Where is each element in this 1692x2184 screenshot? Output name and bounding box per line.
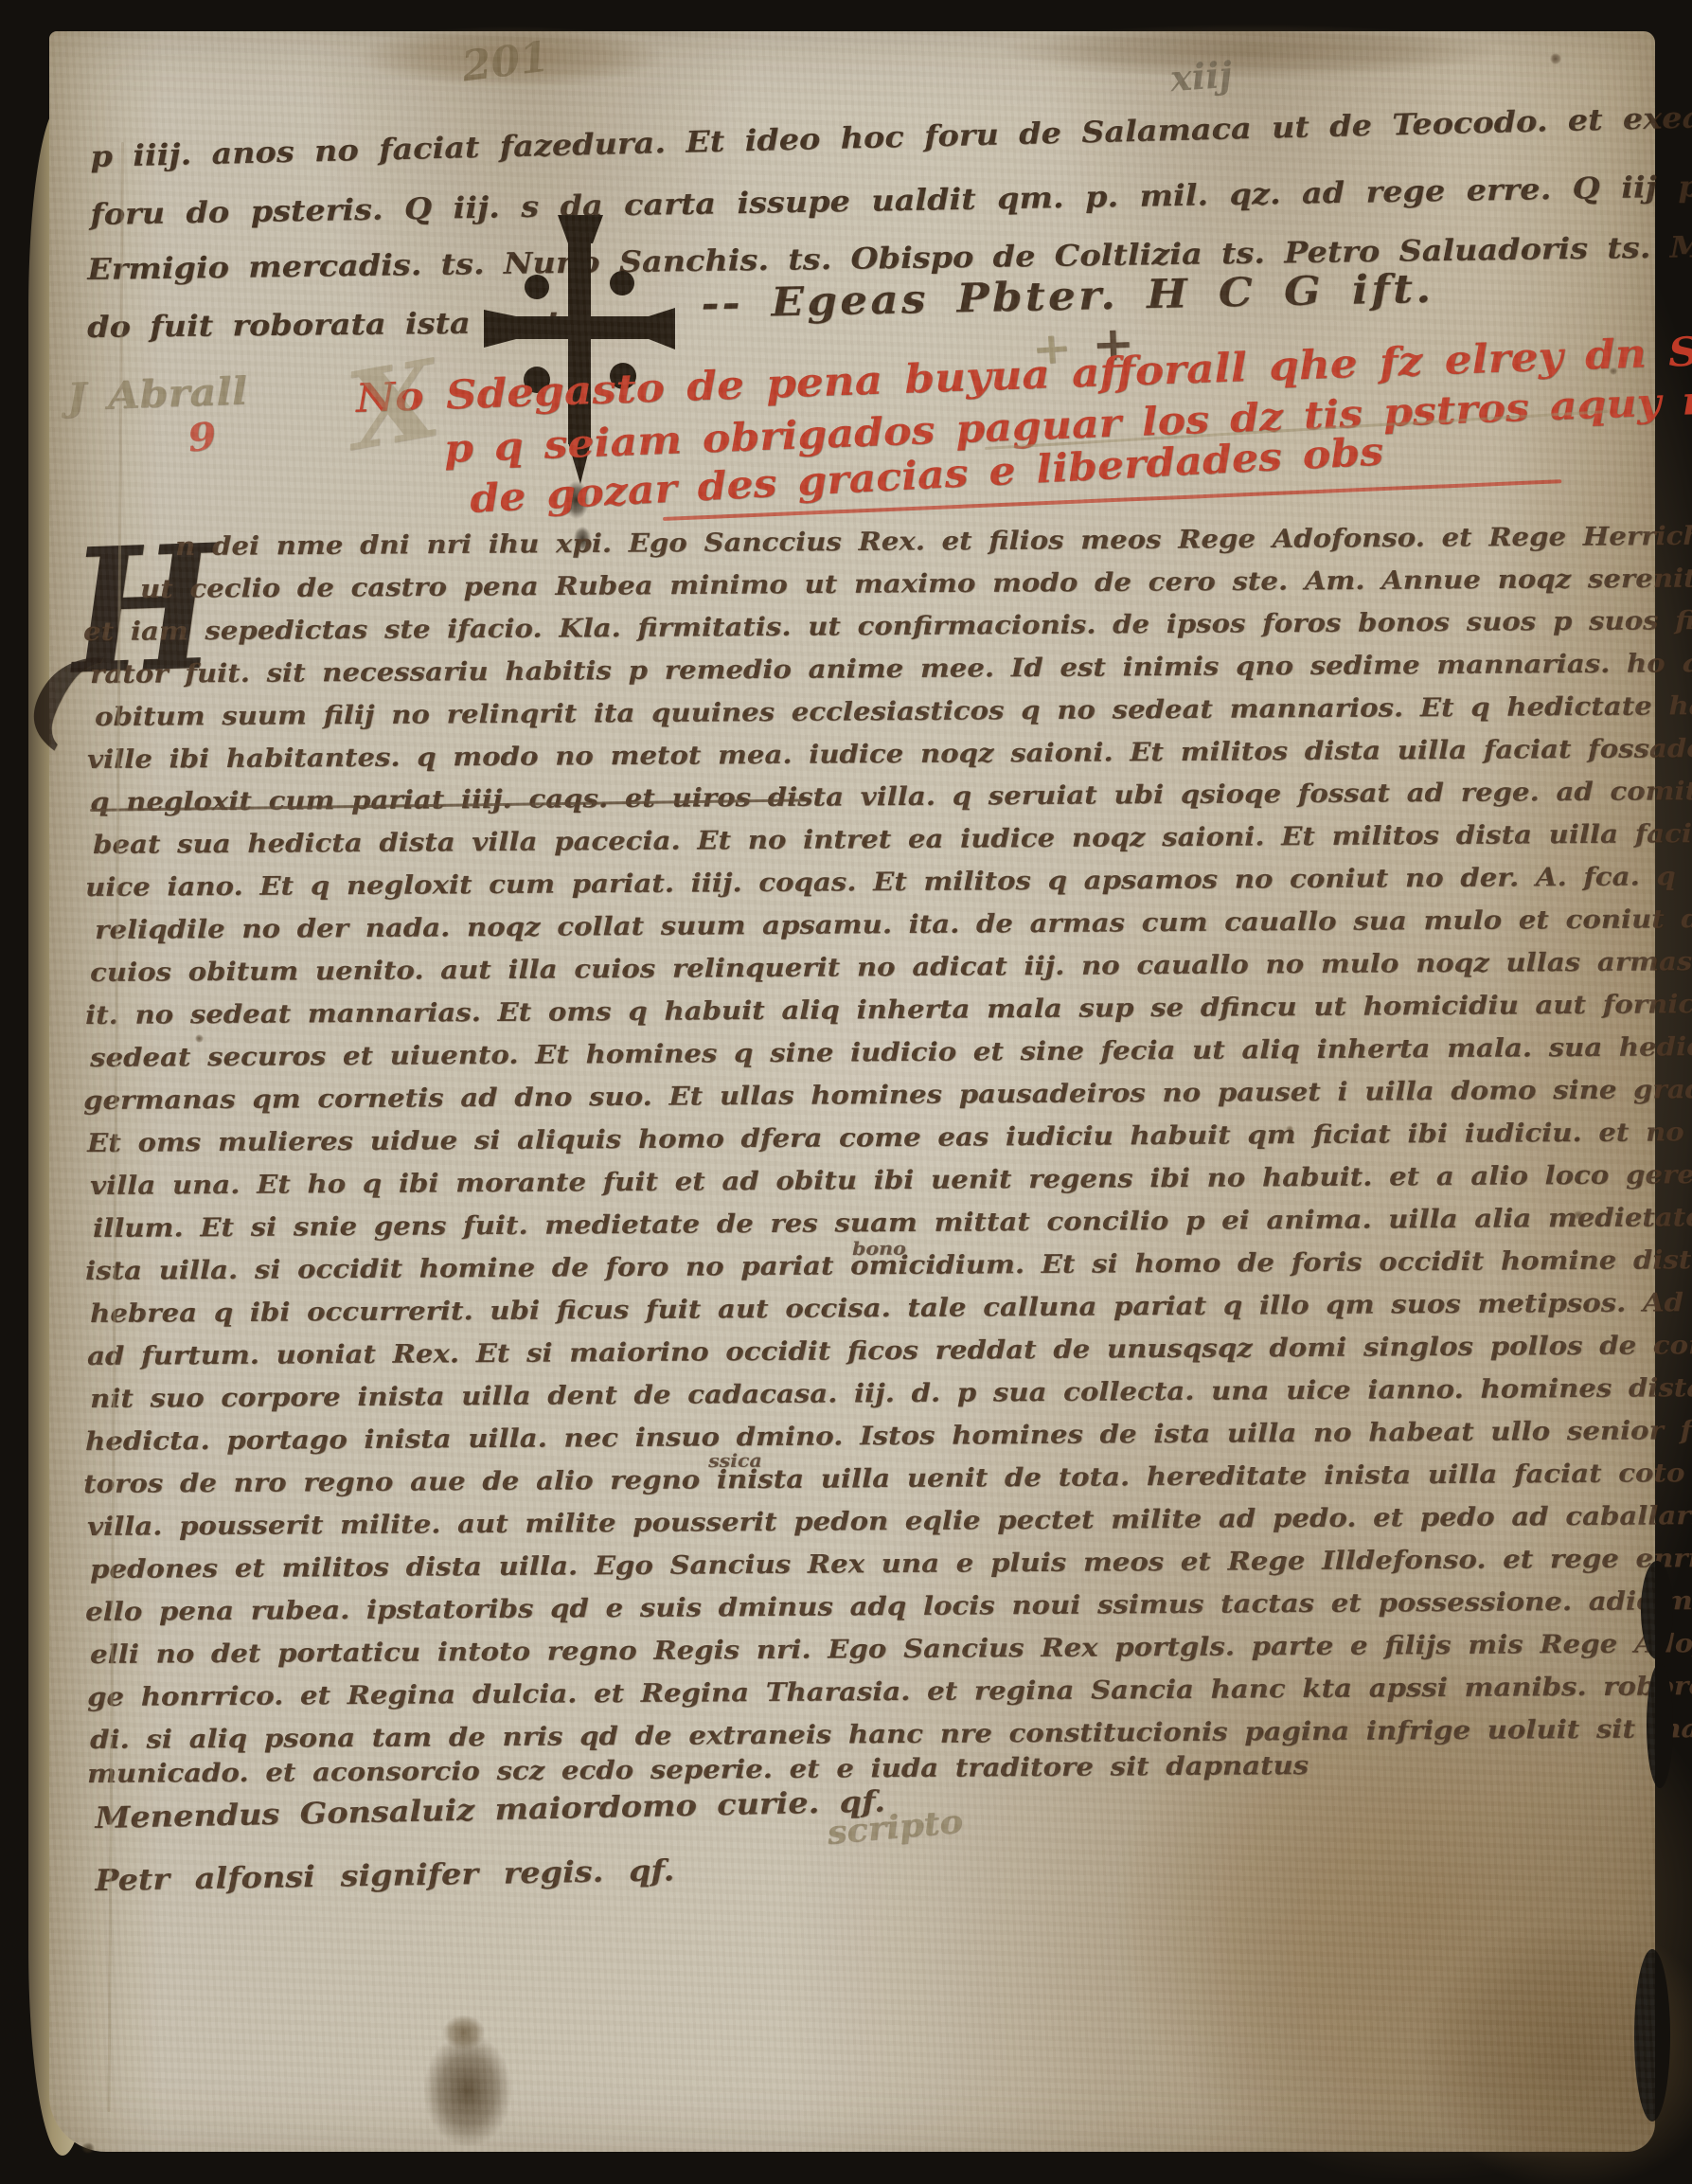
pen-stroke — [90, 798, 808, 812]
manuscript-photograph: 201 xiij p iiij. anos no faciat fazedura… — [0, 0, 1692, 2184]
pen-stroke — [985, 410, 1609, 450]
pen-stroke — [663, 479, 1561, 521]
page-edge-notch — [1647, 1663, 1673, 1788]
pen-stroke — [107, 142, 124, 2112]
page-edge-notch — [1641, 1561, 1673, 1659]
pen-stroke-layer — [0, 0, 1692, 2184]
page-edge-notch — [1634, 1949, 1670, 2121]
